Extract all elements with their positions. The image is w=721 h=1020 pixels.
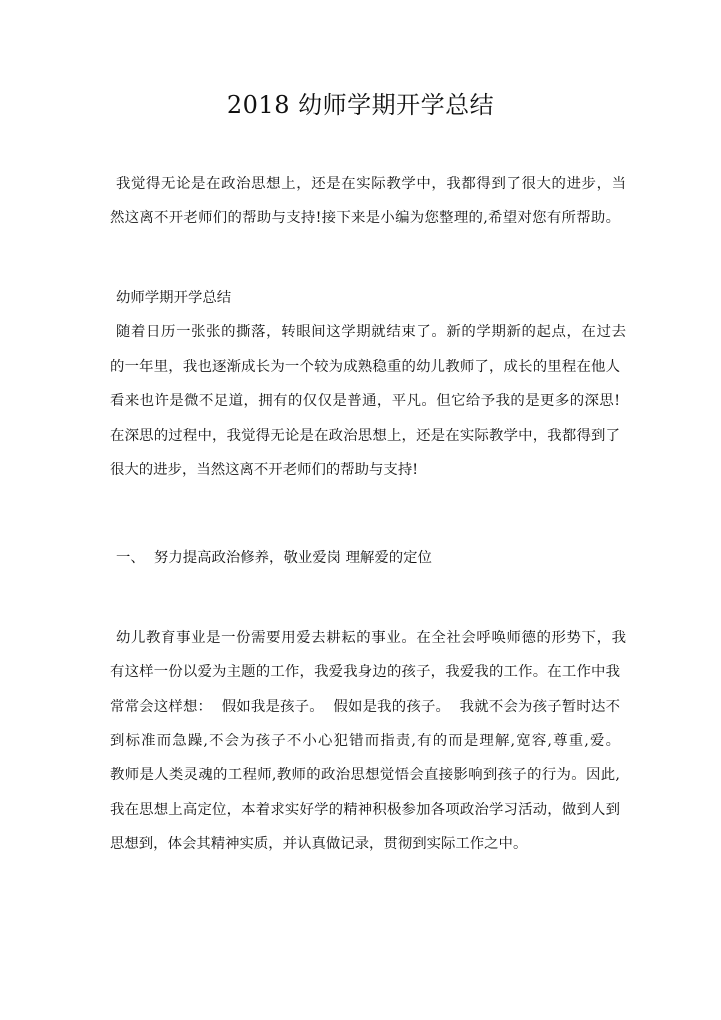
- section1-heading: 一、 努力提高政治修养，敬业爱岗 理解爱的定位: [116, 548, 626, 568]
- paragraph1-line-5: 很大的进步，当然这离不开老师们的帮助与支持!: [110, 460, 620, 480]
- subtitle: 幼师学期开学总结: [116, 288, 626, 308]
- paragraph1-line-4: 在深思的过程中，我觉得无论是在政治思想上，还是在实际教学中，我都得到了: [110, 426, 620, 446]
- paragraph2-line-2: 有这样一份以爱为主题的工作，我爱我身边的孩子，我爱我的工作。在工作中我: [110, 662, 620, 682]
- paragraph1-line-2: 的一年里，我也逐渐成长为一个较为成熟稳重的幼儿教师了，成长的里程在他人: [110, 357, 620, 377]
- paragraph2-line-4: 到标准而急躁,不会为孩子不小心犯错而指责,有的而是理解,宽容,尊重,爱。: [110, 731, 620, 751]
- paragraph1-line-1: 随着日历一张张的撕落，转眼间这学期就结束了。新的学期新的起点，在过去: [116, 322, 626, 342]
- paragraph2-line-1: 幼儿教育事业是一份需要用爱去耕耘的事业。在全社会呼唤师德的形势下，我: [116, 628, 626, 648]
- document-title: 2018 幼师学期开学总结: [0, 88, 721, 122]
- paragraph1-line-3: 看来也许是微不足道，拥有的仅仅是普通，平凡。但它给予我的是更多的深思!: [110, 391, 620, 411]
- document-page: 2018 幼师学期开学总结 我觉得无论是在政治思想上，还是在实际教学中，我都得到…: [0, 0, 721, 1020]
- intro-line-1: 我觉得无论是在政治思想上，还是在实际教学中，我都得到了很大的进步，当: [116, 174, 626, 194]
- paragraph2-line-5: 教师是人类灵魂的工程师,教师的政治思想觉悟会直接影响到孩子的行为。因此,: [110, 765, 620, 785]
- intro-line-2: 然这离不开老师们的帮助与支持!接下来是小编为您整理的,希望对您有所帮助。: [110, 208, 620, 228]
- paragraph2-line-3: 常常会这样想： 假如我是孩子。 假如是我的孩子。 我就不会为孩子暂时达不: [110, 697, 620, 717]
- paragraph2-line-6: 我在思想上高定位，本着求实好学的精神积极参加各项政治学习活动，做到人到: [110, 800, 620, 820]
- paragraph2-line-7: 思想到，体会其精神实质，并认真做记录，贯彻到实际工作之中。: [110, 834, 620, 854]
